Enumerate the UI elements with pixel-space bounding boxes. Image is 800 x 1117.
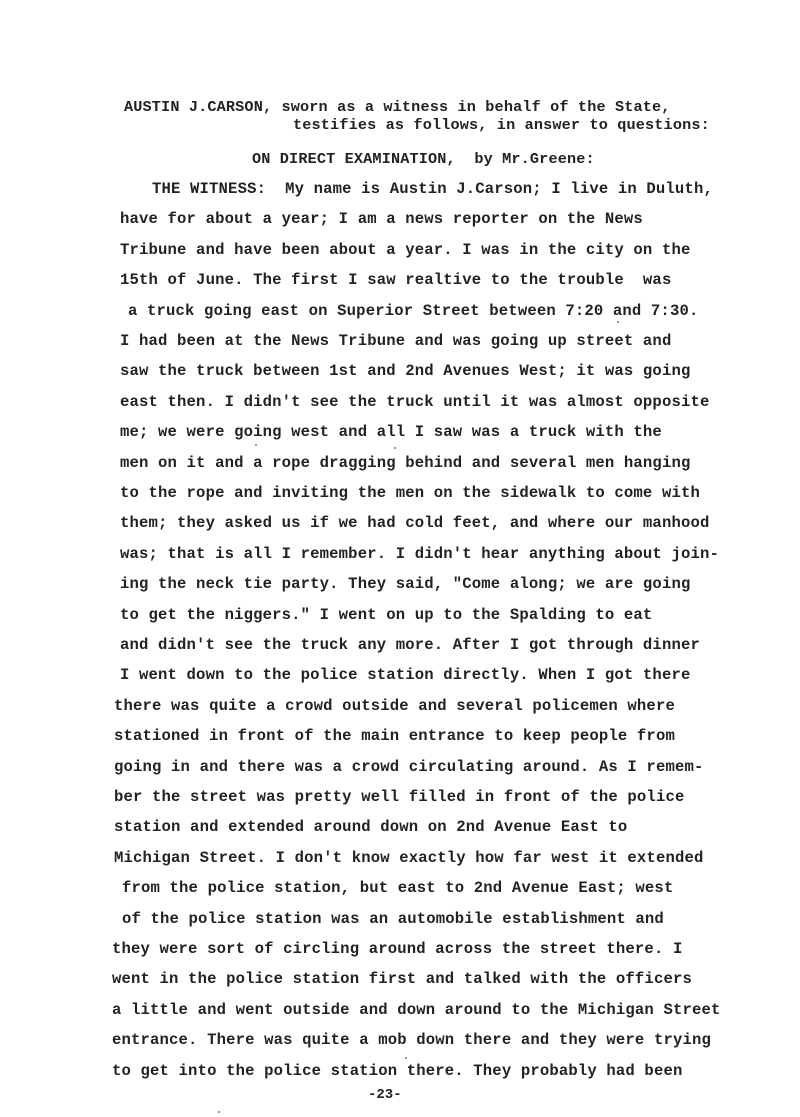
witness-intro-line-2: testifies as follows, in answer to quest… [293, 116, 710, 134]
scan-speck [394, 447, 396, 449]
testimony-line: station and extended around down on 2nd … [114, 818, 627, 836]
testimony-line: I went down to the police station direct… [120, 666, 690, 684]
examination-heading: ON DIRECT EXAMINATION, by Mr.Greene: [252, 150, 595, 168]
testimony-line: going in and there was a crowd circulati… [114, 758, 703, 776]
testimony-line: THE WITNESS: My name is Austin J.Carson;… [152, 180, 713, 198]
testimony-line: there was quite a crowd outside and seve… [114, 697, 675, 715]
testimony-line: entrance. There was quite a mob down the… [112, 1031, 711, 1049]
testimony-line: a truck going east on Superior Street be… [128, 302, 698, 320]
testimony-line: them; they asked us if we had cold feet,… [120, 514, 709, 532]
testimony-line: to the rope and inviting the men on the … [120, 484, 700, 502]
testimony-line: east then. I didn't see the truck until … [120, 393, 709, 411]
testimony-line: Tribune and have been about a year. I wa… [120, 241, 690, 259]
testimony-line: have for about a year; I am a news repor… [120, 210, 643, 228]
testimony-line: ing the neck tie party. They said, "Come… [120, 575, 690, 593]
testimony-line: stationed in front of the main entrance … [114, 727, 675, 745]
testimony-line: to get into the police station there. Th… [112, 1062, 682, 1080]
witness-intro-line-1: AUSTIN J.CARSON, sworn as a witness in b… [124, 98, 671, 116]
testimony-line: me; we were going west and all I saw was… [120, 423, 662, 441]
testimony-line: Michigan Street. I don't know exactly ho… [114, 849, 703, 867]
scan-speck [405, 1057, 407, 1059]
scan-speck [617, 321, 619, 323]
testimony-line: 15th of June. The first I saw realtive t… [120, 271, 671, 289]
testimony-line: I had been at the News Tribune and was g… [120, 332, 671, 350]
testimony-line: they were sort of circling around across… [112, 940, 682, 958]
testimony-line: was; that is all I remember. I didn't he… [120, 545, 719, 563]
testimony-line: ber the street was pretty well filled in… [114, 788, 684, 806]
testimony-line: went in the police station first and tal… [112, 970, 692, 988]
scan-speck [218, 1111, 220, 1113]
testimony-line: to get the niggers." I went on up to the… [120, 606, 652, 624]
testimony-line: and didn't see the truck any more. After… [120, 636, 700, 654]
testimony-line: a little and went outside and down aroun… [112, 1001, 721, 1019]
testimony-line: men on it and a rope dragging behind and… [120, 454, 690, 472]
testimony-line: saw the truck between 1st and 2nd Avenue… [120, 362, 690, 380]
scan-speck [255, 444, 257, 446]
page-number: -23- [368, 1087, 402, 1103]
testimony-line: of the police station was an automobile … [122, 910, 664, 928]
transcript-page: AUSTIN J.CARSON, sworn as a witness in b… [0, 0, 800, 1117]
testimony-line: from the police station, but east to 2nd… [122, 879, 673, 897]
